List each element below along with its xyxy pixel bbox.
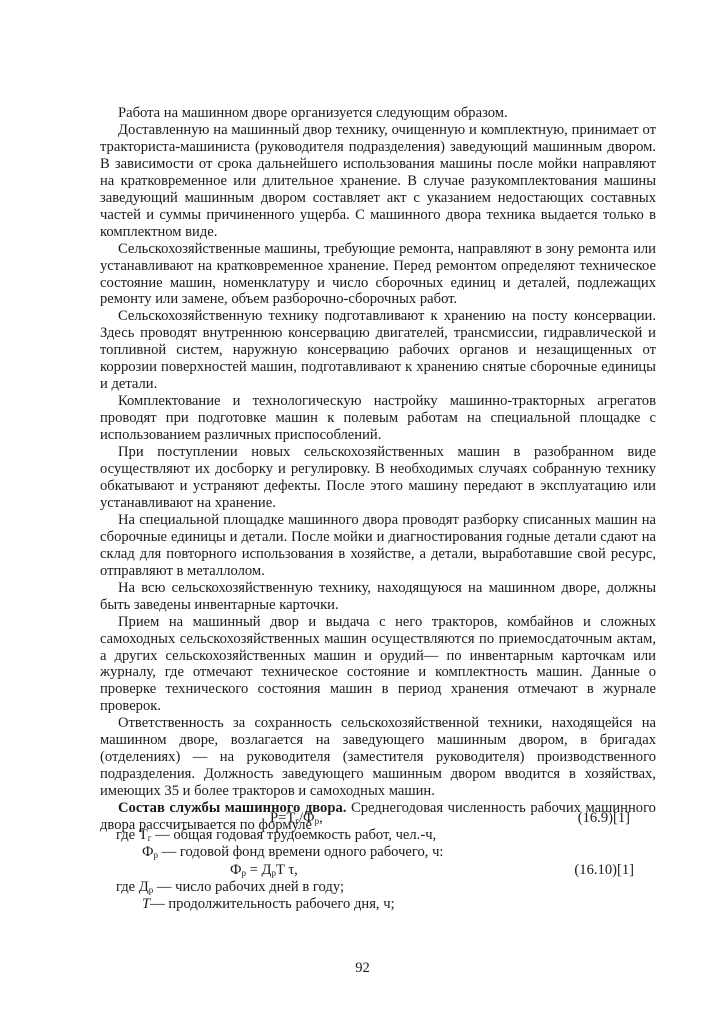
paragraph: Доставленную на машинный двор технику, о… xyxy=(100,122,656,241)
page-number: 92 xyxy=(0,960,725,977)
equation-number: (16.9)[1] xyxy=(578,810,630,827)
paragraph: На специальной площадке машинного двора … xyxy=(100,512,656,580)
paragraph: Работа на машинном дворе организуется сл… xyxy=(100,105,656,122)
formula-legend: где Tг — общая годовая трудоемкость рабо… xyxy=(100,827,656,844)
paragraph: Прием на машинный двор и выдача с него т… xyxy=(100,614,656,716)
formula-block: P=Tг/Фр, (16.9)[1] где Tг — общая годова… xyxy=(100,810,656,913)
formula-expression: P=Tг/Фр, xyxy=(270,810,323,827)
body-text: Работа на машинном дворе организуется сл… xyxy=(100,105,656,834)
equation-number: (16.10)[1] xyxy=(574,862,634,879)
formula-legend: Фр — годовой фонд времени одного рабочег… xyxy=(100,844,656,861)
paragraph: Сельскохозяйственную технику подготавлив… xyxy=(100,308,656,393)
formula-16-9: P=Tг/Фр, (16.9)[1] xyxy=(100,810,656,827)
formula-expression: Фр = ДрT τ, xyxy=(230,862,298,879)
formula-legend: где Др — число рабочих дней в году; xyxy=(100,879,656,896)
formula-16-10: Фр = ДрT τ, (16.10)[1] xyxy=(100,862,656,879)
document-page: Работа на машинном дворе организуется сл… xyxy=(0,0,725,1024)
formula-legend: T— продолжительность рабочего дня, ч; xyxy=(100,896,656,913)
paragraph: На всю сельскохозяйственную технику, нах… xyxy=(100,580,656,614)
paragraph: Комплектование и технологическую настрой… xyxy=(100,393,656,444)
paragraph: Сельскохозяйственные машины, требующие р… xyxy=(100,241,656,309)
paragraph: Ответственность за сохранность сельскохо… xyxy=(100,715,656,800)
paragraph: При поступлении новых сельскохозяйственн… xyxy=(100,444,656,512)
